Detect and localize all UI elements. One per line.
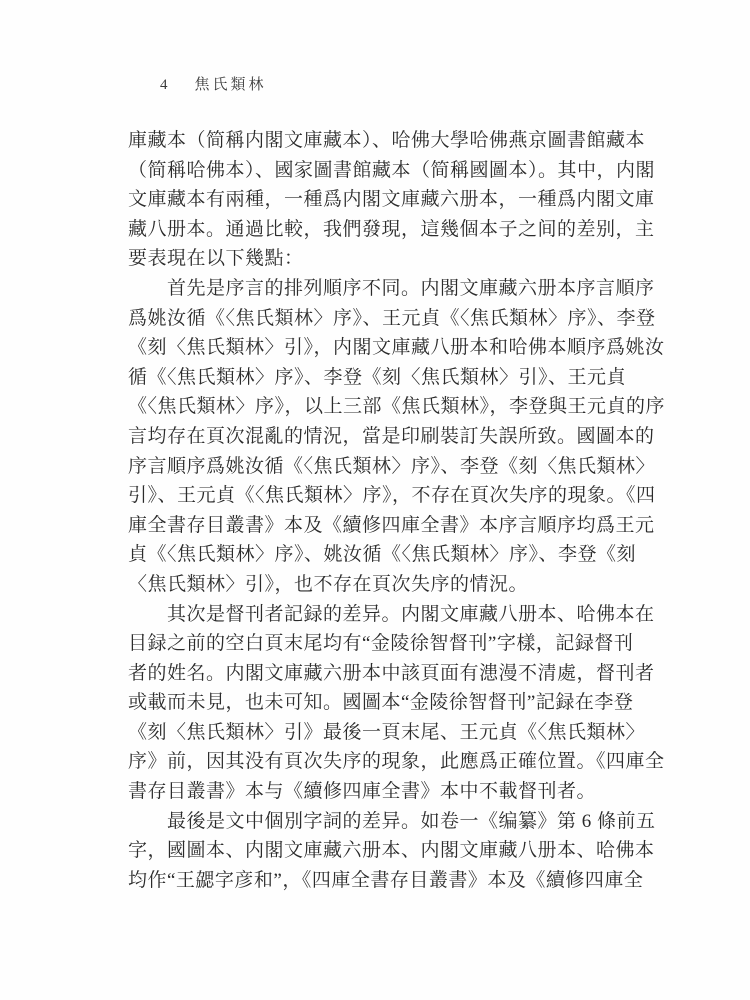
- text-line: 者的姓名。内閣文庫藏六册本中該頁面有漶漫不清處，督刊者: [128, 659, 622, 689]
- text-line: 《刻〈焦氏類林〉引》，内閣文庫藏八册本和哈佛本順序爲姚汝: [128, 333, 622, 363]
- text-line: 均作“王勰字彦和”，《四庫全書存目叢書》本及《續修四庫全: [128, 866, 622, 896]
- text-line: 書存目叢書》本与《續修四庫全書》本中不載督刊者。: [128, 777, 622, 807]
- text-line: 循《〈焦氏類林〉序》、李登《刻〈焦氏類林〉引》、王元貞: [128, 363, 622, 393]
- text-line: 爲姚汝循《〈焦氏類林〉序》、王元貞《〈焦氏類林〉序》、李登: [128, 304, 622, 334]
- page-number: 4: [160, 74, 169, 96]
- text-line: 言均存在頁次混亂的情況，當是印刷裝訂失誤所致。國圖本的: [128, 422, 622, 452]
- page-header: 4焦氏類林: [160, 74, 590, 96]
- page-body: 庫藏本（简稱内閣文庫藏本）、哈佛大學哈佛燕京圖書館藏本 （简稱哈佛本）、國家圖書…: [128, 126, 622, 895]
- text-line: 要表現在以下幾點：: [128, 244, 622, 274]
- text-line: 引》、王元貞《〈焦氏類林〉序》，不存在頁次失序的現象。《四: [128, 481, 622, 511]
- text-line: 文庫藏本有兩種，一種爲内閣文庫藏六册本，一種爲内閣文庫: [128, 185, 622, 215]
- text-line: 首先是序言的排列順序不同。内閣文庫藏六册本序言順序: [128, 274, 622, 304]
- text-line: 字，國圖本、内閣文庫藏六册本、内閣文庫藏八册本、哈佛本: [128, 836, 622, 866]
- text-line: 其次是督刊者記録的差异。内閣文庫藏八册本、哈佛本在: [128, 600, 622, 630]
- text-line: 最後是文中個別字詞的差异。如卷一《编纂》第 6 條前五: [128, 807, 622, 837]
- text-line: 庫全書存目叢書》本及《續修四庫全書》本序言順序均爲王元: [128, 511, 622, 541]
- text-line: 貞《〈焦氏類林〉序》、姚汝循《〈焦氏類林〉序》、李登《刻: [128, 540, 622, 570]
- book-page: 4焦氏類林 庫藏本（简稱内閣文庫藏本）、哈佛大學哈佛燕京圖書館藏本 （简稱哈佛本…: [0, 0, 750, 1000]
- text-line: 序》前，因其没有頁次失序的現象，此應爲正確位置。《四庫全: [128, 747, 622, 777]
- running-title: 焦氏類林: [195, 74, 267, 96]
- text-line: 或載而未見，也未可知。國圖本“金陵徐智督刊”記録在李登: [128, 688, 622, 718]
- text-line: 《〈焦氏類林〉序》，以上三部《焦氏類林》，李登與王元貞的序: [128, 392, 622, 422]
- text-line: 序言順序爲姚汝循《〈焦氏類林〉序》、李登《刻〈焦氏類林〉: [128, 452, 622, 482]
- text-line: 庫藏本（简稱内閣文庫藏本）、哈佛大學哈佛燕京圖書館藏本: [128, 126, 622, 156]
- text-line: 《刻〈焦氏類林〉引》最後一頁末尾、王元貞《〈焦氏類林〉: [128, 718, 622, 748]
- text-line: （简稱哈佛本）、國家圖書館藏本（简稱國圖本）。其中，内閣: [128, 156, 622, 186]
- text-line: 藏八册本。通過比較，我們發現，這幾個本子之间的差别，主: [128, 215, 622, 245]
- text-line: 目録之前的空白頁末尾均有“金陵徐智督刊”字樣，記録督刊: [128, 629, 622, 659]
- text-line: 〈焦氏類林〉引》，也不存在頁次失序的情況。: [128, 570, 622, 600]
